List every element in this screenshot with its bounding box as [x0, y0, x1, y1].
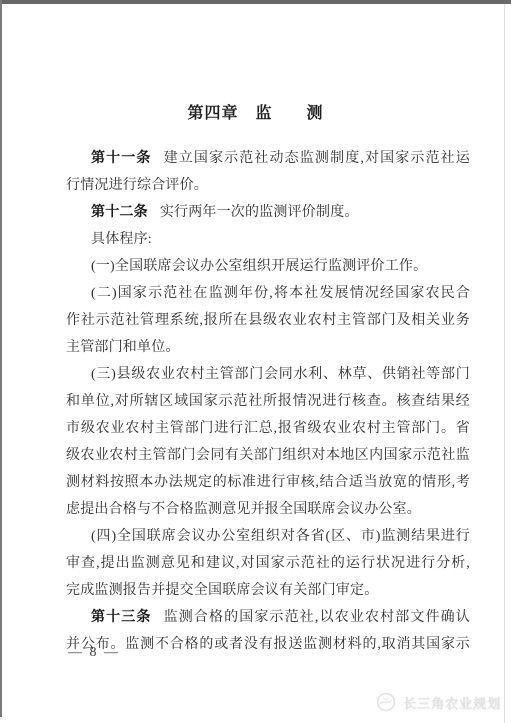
- document-body: 第十一条建立国家示范社动态监测制度,对国家示范社运行情况进行综合评价。第十二条实…: [66, 145, 470, 658]
- document-line: 虑提出合格与不合格监测意见并报全国联席会议办公室。: [66, 496, 470, 523]
- document-line: 并公布。监测不合格的或者没有报送监测材料的,取消其国家示: [66, 631, 470, 658]
- page-number: — 8 —: [68, 645, 120, 661]
- document-line: (四)全国联席会议办公室组织对各省(区、市)监测结果进行: [66, 523, 470, 550]
- article-number: 第十三条: [91, 610, 152, 625]
- document-line: 第十二条实行两年一次的监测评价制度。: [66, 199, 470, 226]
- document-line: 审查,提出监测意见和建议,对国家示范社的运行状况进行分析,: [66, 550, 470, 577]
- document-line: (二)国家示范社在监测年份,将本社发展情况经国家农民合: [66, 280, 470, 307]
- document-line: 完成监测报告并提交全国联席会议有关部门审定。: [66, 577, 470, 604]
- article-number: 第十一条: [91, 151, 152, 166]
- document-line: (一)全国联席会议办公室组织开展运行监测评价工作。: [66, 253, 470, 280]
- document-line: 行情况进行综合评价。: [66, 172, 470, 199]
- document-line: 具体程序:: [66, 226, 470, 253]
- watermark-circle-emblem-icon: [375, 691, 397, 713]
- page-top-edge: [0, 0, 511, 4]
- document-line: 级农业农村主管部门会同有关部门组织对本地区内国家示范社监: [66, 442, 470, 469]
- document-line: 测材料按照本办法规定的标准进行审核,结合适当放宽的情形,考: [66, 469, 470, 496]
- document-line: (三)县级农业农村主管部门会同水利、林草、供销社等部门: [66, 361, 470, 388]
- scanned-document-page: 第四章 监 测 第十一条建立国家示范社动态监测制度,对国家示范社运行情况进行综合…: [0, 0, 511, 723]
- article-number: 第十二条: [91, 205, 148, 220]
- document-line: 第十三条监测合格的国家示范社,以农业农村部文件确认: [66, 604, 470, 631]
- document-line: 主管部门和单位。: [66, 334, 470, 361]
- document-line: 作社示范社管理系统,报所在县级农业农村主管部门及相关业务: [66, 307, 470, 334]
- watermark-text: 长三角农业规划: [403, 693, 501, 712]
- watermark: 长三角农业规划: [375, 691, 501, 713]
- document-line: 第十一条建立国家示范社动态监测制度,对国家示范社运: [66, 145, 470, 172]
- document-line: 市级农业农村主管部门进行汇总,报省级农业农村主管部门。省: [66, 415, 470, 442]
- chapter-title: 第四章 监 测: [0, 100, 511, 123]
- document-line: 和单位,对所辖区域国家示范社所报情况进行核查。核查结果经: [66, 388, 470, 415]
